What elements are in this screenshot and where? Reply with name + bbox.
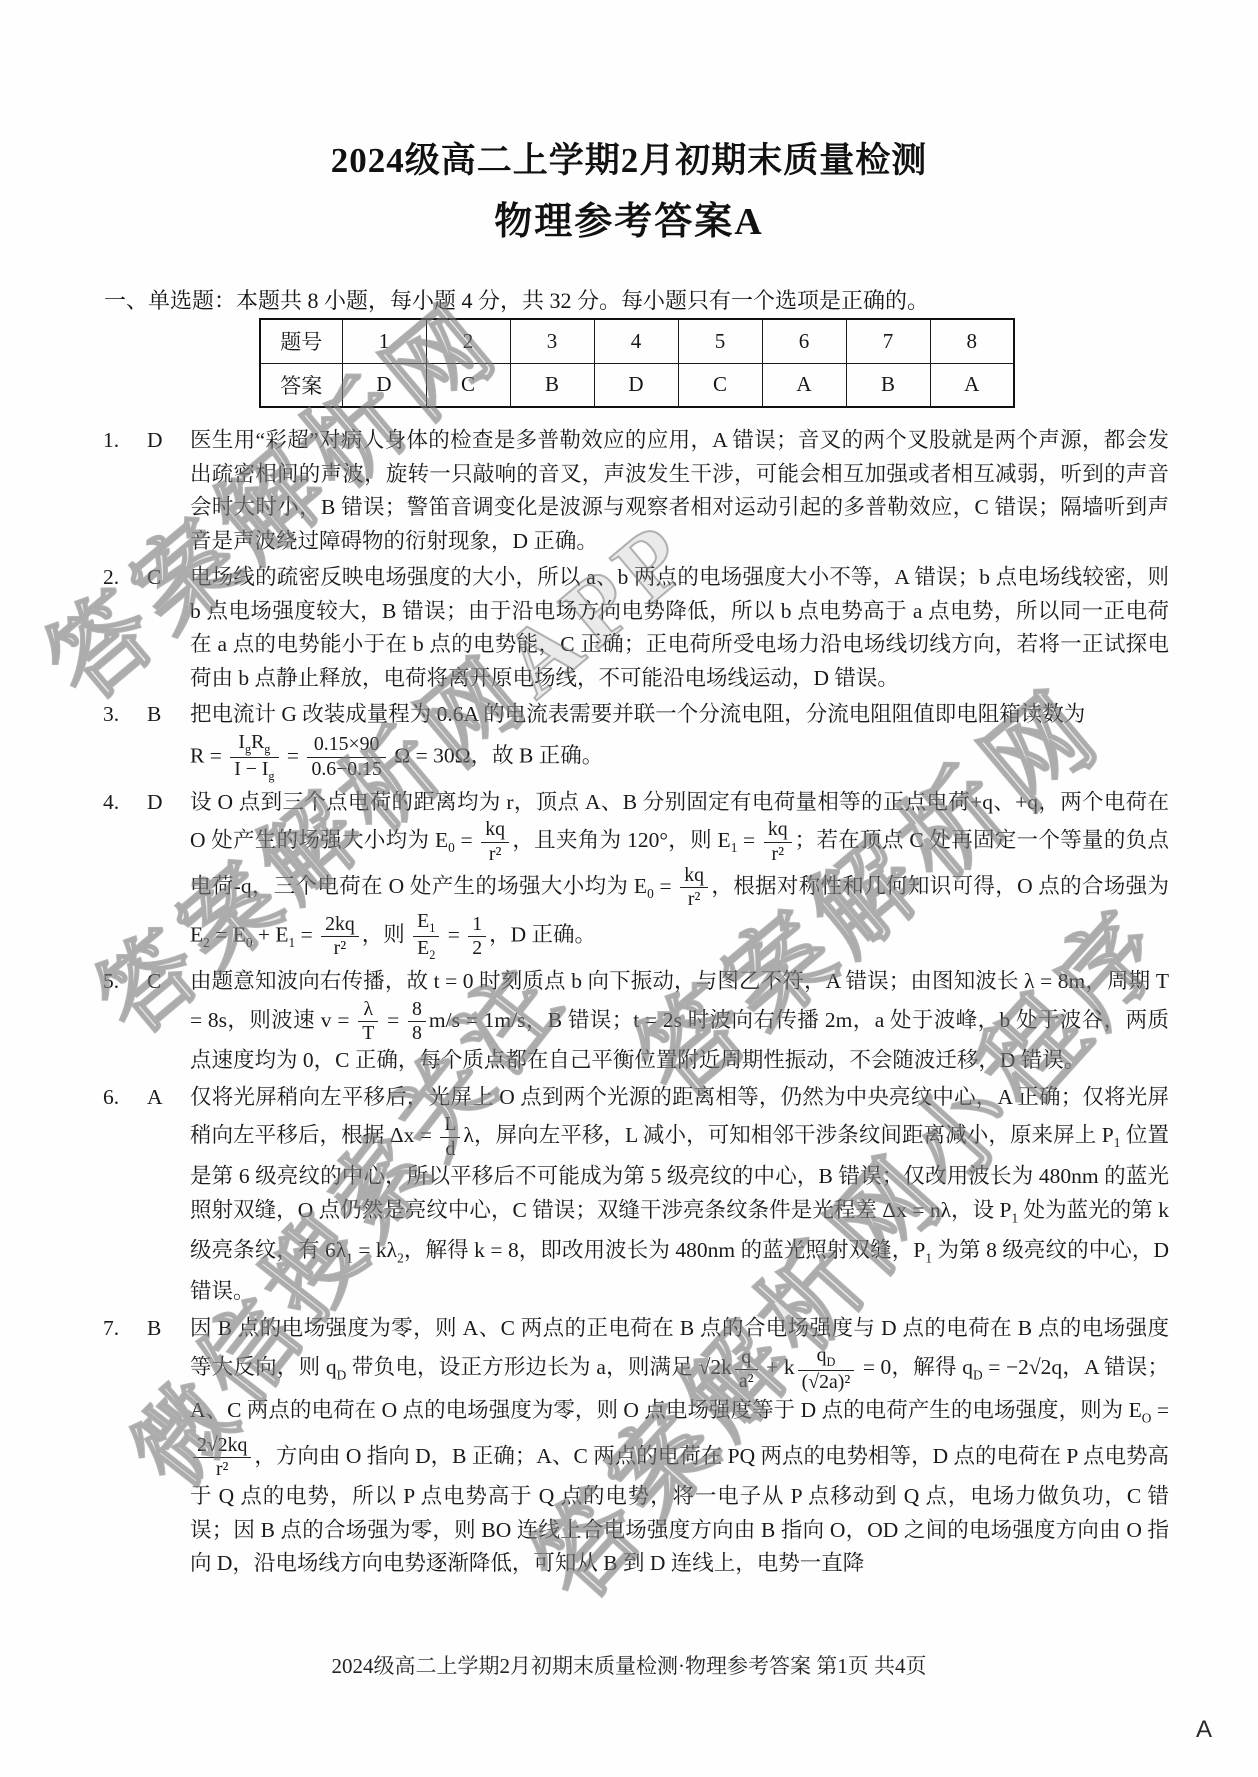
fraction: λT — [358, 999, 378, 1045]
answer-table: 题号 1 2 3 4 5 6 7 8 答案 D C B D C A B A — [259, 318, 1015, 408]
answer-letter: B — [147, 1312, 190, 1346]
answer-cell: C — [426, 363, 510, 407]
answer-letter: D — [147, 424, 190, 458]
question-item: 7.B因 B 点的电场强度为零，则 A、C 两点的正电荷在 B 点的合电场强度与… — [103, 1312, 1169, 1581]
page-footer: 2024级高二上学期2月初期末质量检测·物理参考答案 第1页 共4页 — [0, 1650, 1258, 1680]
question-item: 5.C由题意知波向右传播，故 t = 0 时刻质点 b 向下振动，与图乙不符，A… — [103, 965, 1169, 1078]
corner-label: A — [1196, 1716, 1212, 1744]
fraction: kqr² — [764, 819, 792, 865]
fraction: kqr² — [680, 865, 708, 911]
explanation-text: 医生用“彩超”对病人身体的检查是多普勒效应的应用，A 错误；音叉的两个叉股就是两… — [190, 424, 1169, 558]
row-label-answers: 答案 — [260, 363, 342, 407]
fraction: 12 — [468, 914, 486, 960]
question-item: 2.C电场线的疏密反映电场强度的大小，所以 a、b 两点的电场强度大小不等，A … — [103, 561, 1169, 695]
explanations-list: 1.D医生用“彩超”对病人身体的检查是多普勒效应的应用，A 错误；音叉的两个叉股… — [103, 424, 1169, 1584]
explanation-text: 由题意知波向右传播，故 t = 0 时刻质点 b 向下振动，与图乙不符，A 错误… — [190, 965, 1169, 1078]
fraction: 2√2kqr² — [193, 1435, 251, 1481]
answer-sheet-title: 物理参考答案A — [0, 190, 1258, 245]
question-item: 3.B把电流计 G 改装成量程为 0.6A 的电流表需要并联一个分流电阻，分流电… — [103, 698, 1169, 783]
exam-title: 2024级高二上学期2月初期末质量检测 — [0, 133, 1258, 183]
answer-row: 答案 D C B D C A B A — [260, 363, 1014, 407]
question-item: 4.D设 O 点到三个点电荷的距离均为 r，顶点 A、B 分别固定有电荷量相等的… — [103, 786, 1169, 962]
question-item: 6.A仅将光屏稍向左平移后，光屏上 O 点到两个光源的距离相等，仍然为中央亮纹中… — [103, 1081, 1169, 1309]
fraction: 0.15×900.6−0.15 — [307, 734, 385, 780]
answer-cell: D — [594, 363, 678, 407]
question-number-cell: 4 — [594, 319, 678, 363]
question-number-cell: 7 — [846, 319, 930, 363]
question-number-row: 题号 1 2 3 4 5 6 7 8 — [260, 319, 1014, 363]
row-label-numbers: 题号 — [260, 319, 342, 363]
question-number: 4. — [103, 786, 147, 820]
fraction: E1E2 — [413, 911, 439, 962]
fraction: 88 — [408, 999, 426, 1045]
explanation-text: 仅将光屏稍向左平移后，光屏上 O 点到两个光源的距离相等，仍然为中央亮纹中心，A… — [190, 1081, 1169, 1309]
question-number-cell: 2 — [426, 319, 510, 363]
question-number: 3. — [103, 698, 147, 732]
document-page: 答案解析网答案解析网APP答案解析网微信搜索关注答案解析网小程序 2024级高二… — [0, 0, 1258, 1777]
answer-cell: B — [846, 363, 930, 407]
question-item: 1.D医生用“彩超”对病人身体的检查是多普勒效应的应用，A 错误；音叉的两个叉股… — [103, 424, 1169, 558]
answer-letter: D — [147, 786, 190, 820]
question-number-cell: 3 — [510, 319, 594, 363]
explanation-text: 把电流计 G 改装成量程为 0.6A 的电流表需要并联一个分流电阻，分流电阻阻值… — [190, 698, 1169, 783]
answer-letter: C — [147, 561, 190, 595]
question-number: 6. — [103, 1081, 147, 1115]
question-number-cell: 6 — [762, 319, 846, 363]
explanation-text: 电场线的疏密反映电场强度的大小，所以 a、b 两点的电场强度大小不等，A 错误；… — [190, 561, 1169, 695]
question-number: 1. — [103, 424, 147, 458]
question-number: 7. — [103, 1312, 147, 1346]
explanation-text: 因 B 点的电场强度为零，则 A、C 两点的正电荷在 B 点的合电场强度与 D … — [190, 1312, 1169, 1581]
question-number-cell: 8 — [930, 319, 1014, 363]
fraction: kqr² — [481, 819, 509, 865]
answer-letter: C — [147, 965, 190, 999]
fraction: qD(√2a)² — [798, 1345, 855, 1394]
fraction: 2kqr² — [321, 914, 359, 960]
answer-cell: B — [510, 363, 594, 407]
question-number-cell: 5 — [678, 319, 762, 363]
fraction: IgRgI − Ig — [230, 732, 278, 783]
explanation-text: 设 O 点到三个点电荷的距离均为 r，顶点 A、B 分别固定有电荷量相等的正点电… — [190, 786, 1169, 962]
fraction: Ld — [440, 1114, 460, 1160]
question-number-cell: 1 — [342, 319, 426, 363]
answer-cell: D — [342, 363, 426, 407]
answer-cell: A — [930, 363, 1014, 407]
answer-cell: C — [678, 363, 762, 407]
fraction: qa² — [735, 1347, 758, 1393]
answer-letter: B — [147, 698, 190, 732]
answer-letter: A — [147, 1081, 190, 1115]
question-number: 2. — [103, 561, 147, 595]
section-heading: 一、单选题：本题共 8 小题，每小题 4 分，共 32 分。每小题只有一个选项是… — [104, 284, 1164, 315]
answer-cell: A — [762, 363, 846, 407]
question-number: 5. — [103, 965, 147, 999]
